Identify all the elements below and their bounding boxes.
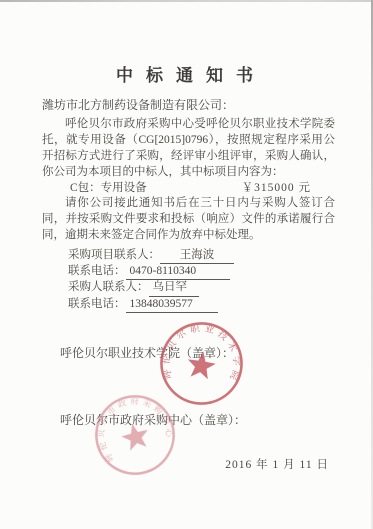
document-date: 2016 年 1 月 11 日 xyxy=(225,456,329,472)
paragraph-contract-terms: 请你公司接此通知书后在三十日内与采购人签订合同，并按采购文件要求和投标（响应）文… xyxy=(42,196,335,244)
award-item-row: C包：专用设备 ￥315000 元 xyxy=(42,179,335,195)
contact-row-project: 采购项目联系人：王海波 xyxy=(68,247,234,263)
paragraph-award-notice: 呼伦贝尔市政府采购中心受呼伦贝尔职业技术学院委托，就专用设备（CG[2015]0… xyxy=(42,117,335,181)
scan-edge-top xyxy=(0,0,373,2)
signature-line-college: 呼伦贝尔职业技术学院（盖章）： xyxy=(60,344,234,361)
contact-row-purchaser-phone: 联系电话：13848039577 xyxy=(68,296,234,312)
contact-row-project-phone: 联系电话：0470-8110340 xyxy=(68,263,234,279)
contact-list: 采购项目联系人：王海波 联系电话：0470-8110340 采购人联系人：乌日罕… xyxy=(68,247,234,312)
contact-label: 采购人联系人： xyxy=(68,281,149,293)
contact-value: 13848039577 xyxy=(126,296,218,313)
contact-label: 联系电话： xyxy=(68,298,126,310)
scanned-document-page: 中标通知书 潍坊市北方制药设备制造有限公司： 呼伦贝尔市政府采购中心受呼伦贝尔职… xyxy=(0,0,373,529)
official-seal-college: 呼伦贝尔职业技术学院 xyxy=(152,314,252,414)
recipient-line: 潍坊市北方制药设备制造有限公司： xyxy=(42,96,234,113)
award-item-label: C包：专用设备 xyxy=(42,179,147,195)
contact-row-purchaser: 采购人联系人：乌日罕 xyxy=(68,279,234,295)
seal-ring xyxy=(88,388,182,482)
award-item-amount: ￥315000 元 xyxy=(242,179,335,195)
official-seal-procurement-center: 呼伦贝尔市政府采购中心 xyxy=(84,384,186,486)
contact-value: 乌日罕 xyxy=(149,279,199,296)
contact-value: 王海波 xyxy=(160,247,234,264)
signature-line-procurement-center: 呼伦贝尔市政府采购中心（盖章）： xyxy=(60,411,246,428)
contact-value: 0470-8110340 xyxy=(126,263,230,280)
document-title: 中标通知书 xyxy=(116,61,266,86)
seal-ring xyxy=(156,318,248,410)
contact-label: 采购项目联系人： xyxy=(68,249,160,261)
contact-label: 联系电话： xyxy=(68,265,126,277)
